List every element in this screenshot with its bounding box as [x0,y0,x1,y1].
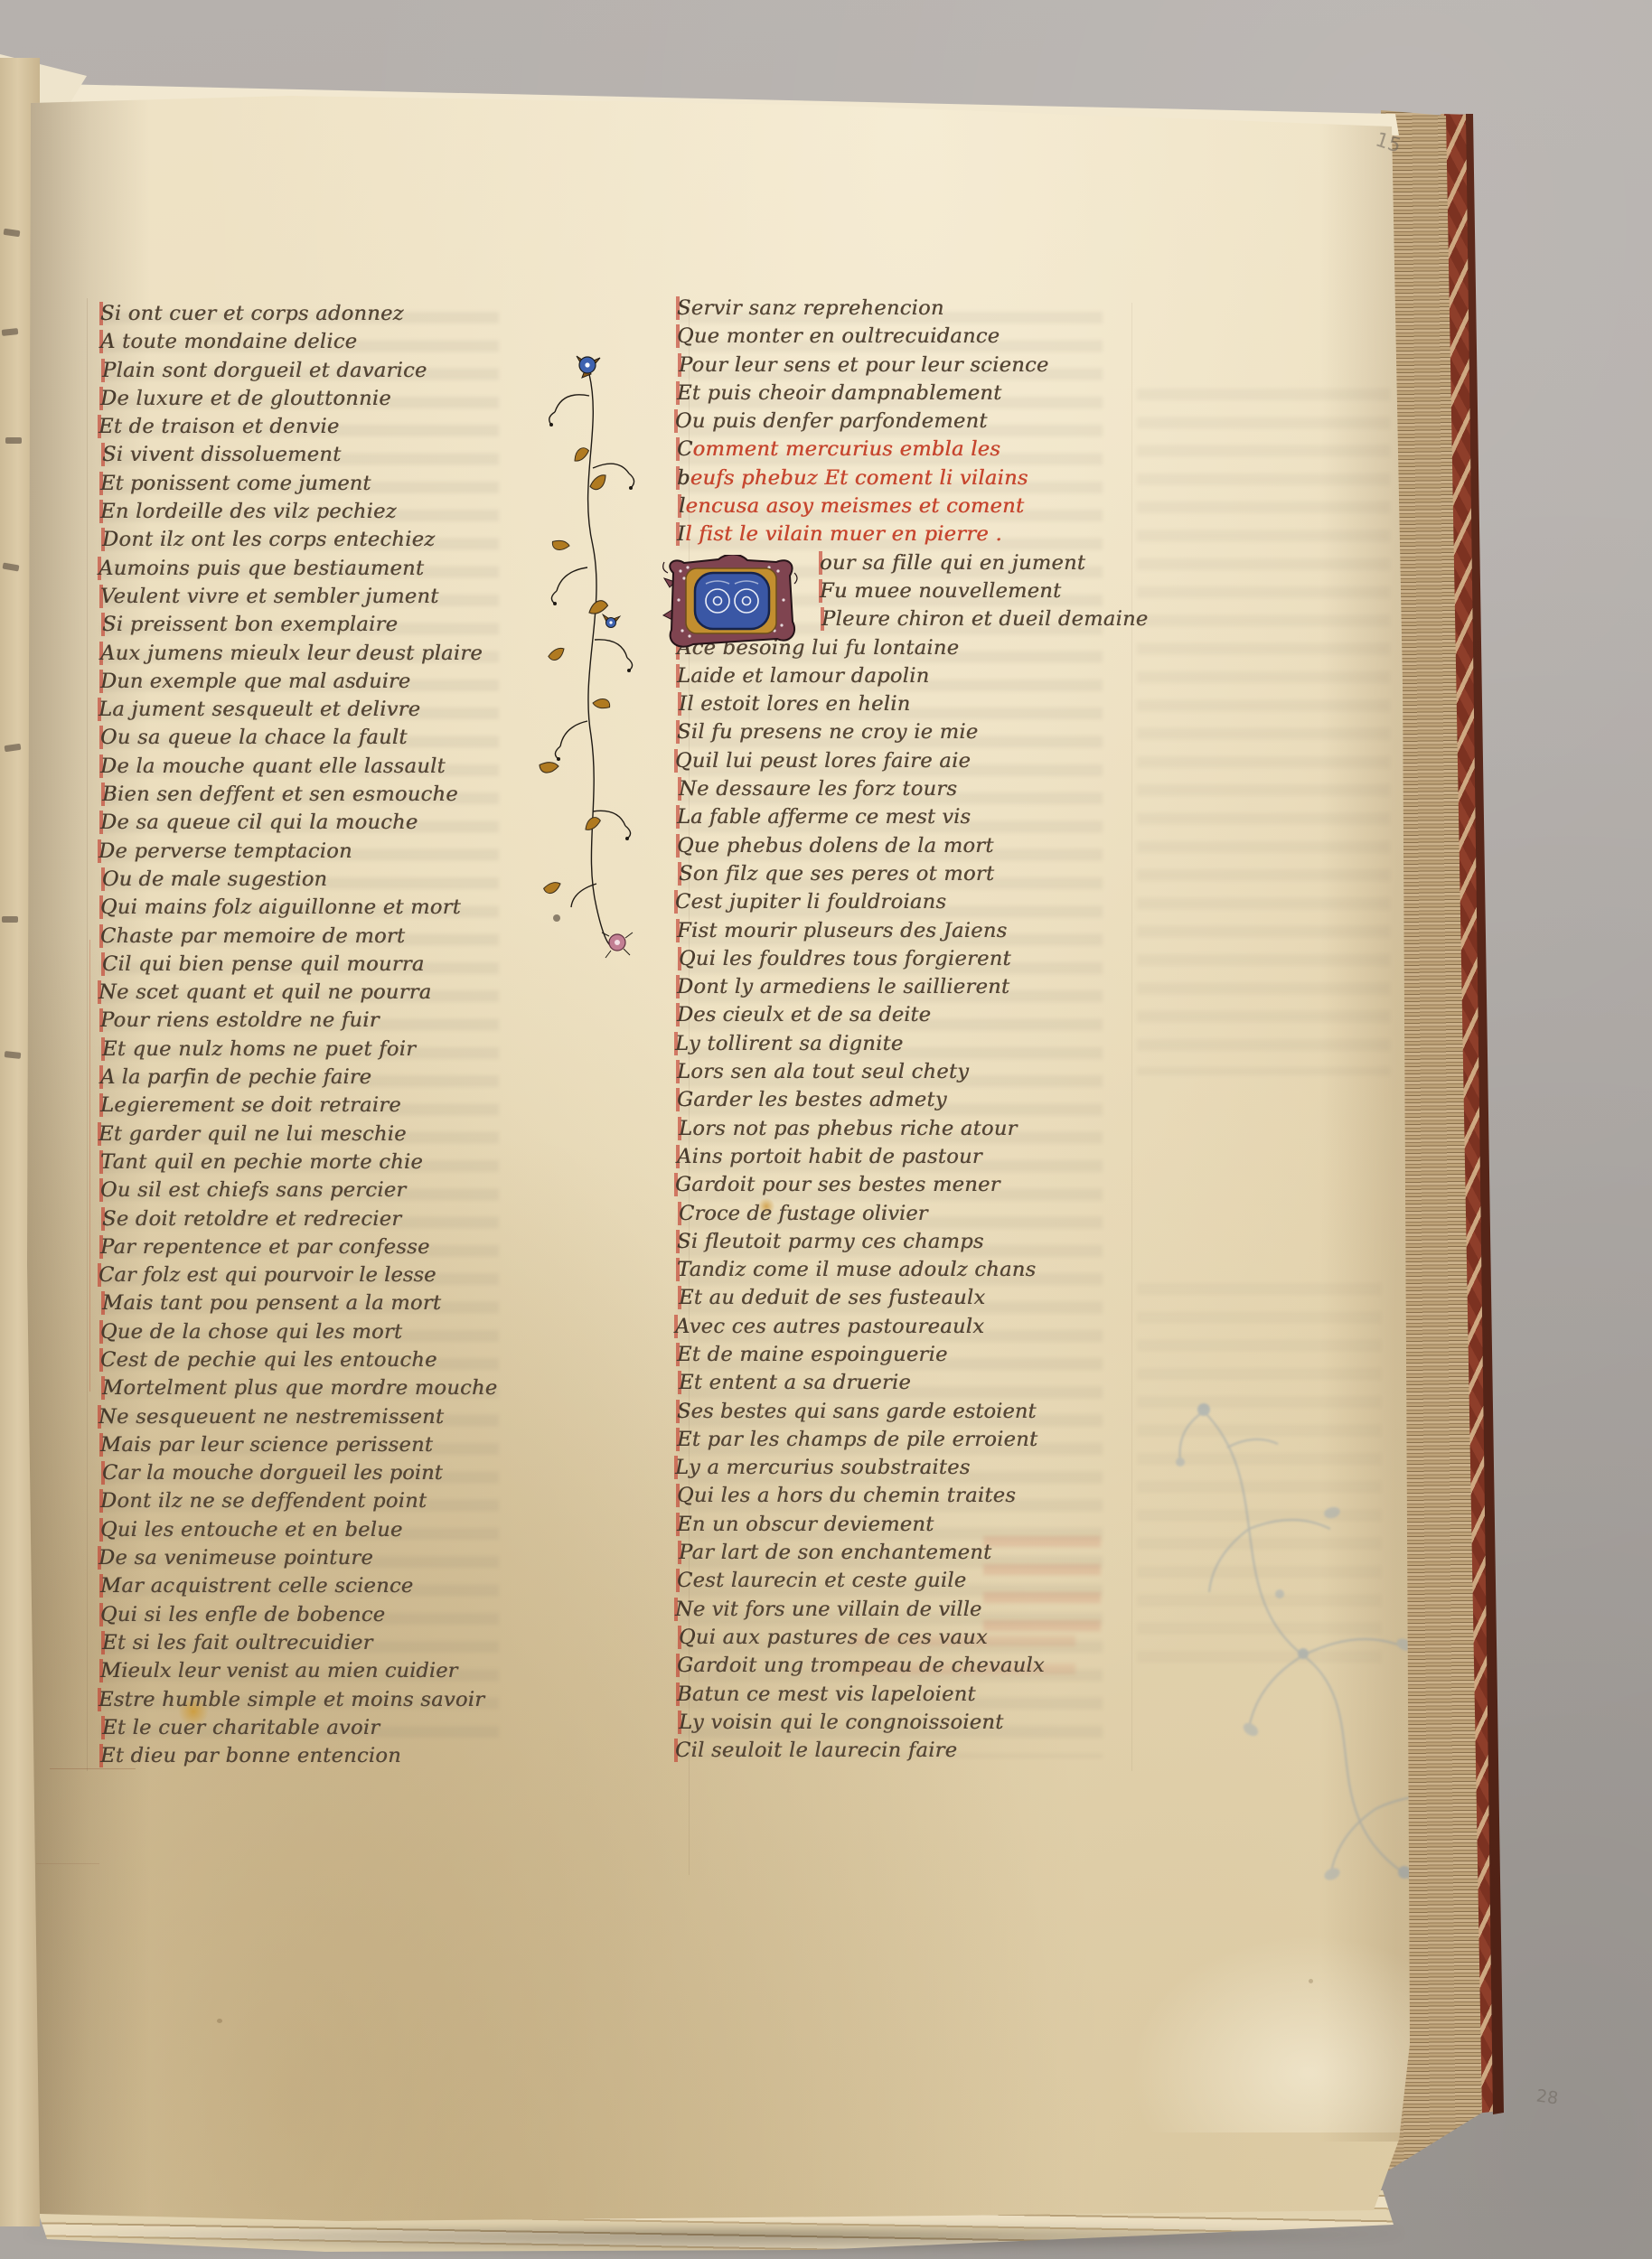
manuscript-line: Des cieulx et de sa deite [676,1001,1137,1029]
manuscript-line: Et le cuer charitable avoir [101,1714,526,1742]
rubric: Comment mercurius embla lesbeufs phebuz … [676,436,1137,548]
manuscript-line: our sa fille qui en jument [819,549,1137,577]
manuscript-line: Legierement se doit retraire [99,1092,524,1120]
manuscript-line: Qui les fouldres tous forgierent [678,945,1139,973]
manuscript-line: Car la mouche dorgueil les point [101,1459,526,1487]
facing-page-ink-mark [2,328,19,336]
manuscript-line: Et ponissent come jument [99,470,524,498]
manuscript-line: Quil lui peust lores faire aie [674,747,1135,775]
manuscript-line: Dont ly armediens le saillierent [676,973,1137,1001]
manuscript-line: Tandiz come il muse adoulz chans [676,1256,1137,1284]
facing-page-ink-mark [5,1051,22,1059]
facing-page-ink-mark [3,562,20,571]
manuscript-line: Cest de pechie qui les entouche [99,1346,524,1374]
book-drop-shadow [27,2230,1401,2254]
manuscript-line: A toute mondaine delice [99,328,524,356]
folio-number-bottom: 28 [1535,2086,1560,2108]
facing-page-ink-mark [4,229,21,237]
manuscript-line: Ly a mercurius soubstraites [674,1454,1135,1482]
manuscript-line: Il estoit lores en helin [678,690,1139,718]
manuscript-line: Ou puis denfer parfondement [674,408,1135,436]
manuscript-line: Et garder quil ne lui meschie [98,1120,522,1148]
manuscript-line: Et puis cheoir dampnablement [676,380,1137,408]
manuscript-line: Qui mains folz aiguillonne et mort [99,894,524,922]
manuscript-line: Qui les entouche et en belue [99,1516,524,1544]
manuscript-line: Que phebus dolens de la mort [676,832,1137,860]
manuscript-line: Mais par leur science perissent [99,1431,524,1459]
manuscript-line: Bien sen deffent et sen esmouche [101,781,526,809]
manuscript-line: Gardoit pour ses bestes mener [674,1171,1135,1199]
manuscript-line: Ne vit fors une villain de ville [674,1596,1135,1624]
manuscript-line: beufs phebuz Et coment li vilains [676,464,1137,492]
vine-stem [549,374,634,947]
manuscript-line: Si preissent bon exemplaire [101,611,526,639]
manuscript-line: Ou sil est chiefs sans percier [99,1176,524,1204]
manuscript-line: Chaste par memoire de mort [99,923,524,951]
manuscript-line: Pour riens estoldre ne fuir [99,1007,524,1035]
manuscript-line: Sil fu presens ne croy ie mie [676,718,1137,746]
pink-rosette-bottom [602,933,633,958]
right-column-body-lines: Ace besoing lui fu lontaineLaide et lamo… [676,634,1137,1766]
manuscript-line: Dun exemple que mal asduire [99,668,524,696]
manuscript-line: Cest jupiter li fouldroians [674,888,1135,916]
ruling-line-red [89,940,90,1392]
right-text-column: Servir sanz reprehencionQue monter en ou… [676,295,1137,1765]
manuscript-line: Mortelment plus que mordre mouche [101,1374,526,1402]
facing-page-ink-mark [5,437,22,444]
blue-flower-mid [603,614,620,628]
manuscript-line: Gardoit ung trompeau de chevaulx [676,1652,1137,1680]
manuscript-line: En lordeille des vilz pechiez [99,498,524,526]
manuscript-line: Pleure chiron et dueil demaine [821,605,1139,633]
manuscript-line: lencusa asoy meismes et coment [678,492,1139,520]
manuscript-line: De sa venimeuse pointure [98,1544,522,1572]
manuscript-line: Avec ces autres pastoureaulx [674,1313,1135,1341]
manuscript-line: Et au deduit de ses fusteaulx [678,1284,1139,1312]
manuscript-line: De luxure et de glouttonnie [99,385,524,413]
manuscript-line: Lors sen ala tout seul chety [676,1058,1137,1086]
manuscript-line: Tant quil en pechie morte chie [99,1148,524,1176]
manuscript-line: Aux jumens mieulx leur deust plaire [99,640,524,668]
illuminated-initial-P [661,555,798,651]
manuscript-line: La fable afferme ce mest vis [676,803,1137,831]
manuscript-line: Et dieu par bonne entencion [99,1742,524,1770]
manuscript-line: Batun ce mest vis lapeloient [676,1681,1137,1709]
manuscript-line: Qui aux pastures de ces vaux [678,1624,1139,1652]
manuscript-line: Et que nulz homs ne puet foir [101,1036,526,1064]
manuscript-line: Servir sanz reprehencion [676,295,1137,323]
gold-trefoil-leaves [539,445,612,895]
manuscript-line: Et si les fait oultrecuidier [101,1629,526,1657]
speck [217,2019,222,2023]
manuscript-line: Pour leur sens et pour leur science [678,352,1139,380]
manuscript-line: Et entent a sa druerie [678,1369,1139,1397]
manuscript-line: Par repentence et par confesse [99,1233,524,1261]
manuscript-line: De la mouche quant elle lassault [99,753,524,781]
ruling-line-vertical [87,298,88,1771]
manuscript-line: Laide et lamour dapolin [676,662,1137,690]
manuscript-line: Si vivent dissoluement [101,441,526,469]
manuscript-line: A la parfin de pechie faire [99,1064,524,1092]
manuscript-line: Qui les a hors du chemin traites [676,1482,1137,1510]
showthrough-right-margin [1137,389,1390,1075]
manuscript-line: Cil qui bien pense quil mourra [101,951,526,979]
manuscript-line: Car folz est qui pourvoir le lesse [98,1261,522,1289]
manuscript-line: Et de traison et denvie [98,413,522,441]
ruling-line-horizontal [36,1863,99,1864]
manuscript-line: Garder les bestes admety [676,1086,1137,1114]
manuscript-line: Ou de male sugestion [101,866,526,894]
manuscript-line: En un obscur deviement [676,1511,1137,1539]
manuscript-line: Croce de fustage olivier [678,1200,1139,1228]
ivy-border-decoration [533,342,671,985]
manuscript-line: Mais tant pou pensent a la mort [101,1289,526,1317]
manuscript-line: De perverse temptacion [98,838,522,866]
manuscript-line: Ne scet quant et quil ne pourra [98,979,522,1007]
manuscript-line: Par lart de son enchantement [678,1539,1139,1567]
manuscript-line: Dont ilz ne se deffendent point [99,1487,524,1515]
right-column-opening-lines: Servir sanz reprehencionQue monter en ou… [676,295,1137,436]
manuscript-line: Si fleutoit parmy ces champs [676,1228,1137,1256]
manuscript-line: Fu muee nouvellement [819,577,1137,605]
manuscript-line: Et par les champs de pile erroient [676,1426,1137,1454]
manuscript-line: Ses bestes qui sans garde estoient [676,1398,1137,1426]
manuscript-line: Estre humble simple et moins savoir [98,1686,522,1714]
facing-page-ink-mark [2,916,18,923]
manuscript-line: Ne sesqueuent ne nestremissent [98,1403,522,1431]
manuscript-line: Se doit retoldre et redrecier [101,1205,526,1233]
manuscript-line: Ou sa queue la chace la fault [99,724,524,752]
manuscript-photo: Si ont cuer et corps adonnezA toute mond… [0,0,1652,2259]
manuscript-line: Qui si les enfle de bobence [99,1601,524,1629]
manuscript-line: Que monter en oultrecuidance [676,323,1137,351]
manuscript-line: Ne dessaure les forz tours [678,775,1139,803]
manuscript-line: La jument sesqueult et delivre [98,696,522,724]
manuscript-line: Veulent vivre et sembler jument [99,583,524,611]
manuscript-line: Mieulx leur venist au mien cuidier [99,1657,524,1685]
manuscript-line: Cil seuloit le laurecin faire [674,1737,1135,1765]
manuscript-line: Aumoins puis que bestiaument [98,555,522,583]
facing-page-ink-mark [5,744,22,752]
manuscript-line: Comment mercurius embla les [676,436,1137,464]
manuscript-line: De sa queue cil qui la mouche [99,809,524,837]
manuscript-line: Mar acquistrent celle science [99,1572,524,1600]
manuscript-line: Si ont cuer et corps adonnez [99,300,524,328]
manuscript-line: Plain sont dorgueil et davarice [101,357,526,385]
manuscript-line: Il fist le vilain muer en pierre . [676,520,1137,548]
left-text-column: Si ont cuer et corps adonnezA toute mond… [99,300,524,1770]
manuscript-line: Ly voisin qui le congnoissoient [678,1709,1139,1737]
manuscript-line: Son filz que ses peres ot mort [678,860,1139,888]
manuscript-line: Que de la chose qui les mort [99,1318,524,1346]
manuscript-line: Et de maine espoinguerie [676,1341,1137,1369]
manuscript-line: Fist mourir pluseurs des Jaiens [676,917,1137,945]
blue-flower-top [577,356,600,378]
manuscript-line: Lors not pas phebus riche atour [678,1115,1139,1143]
manuscript-line: Ly tollirent sa dignite [674,1030,1135,1058]
manuscript-line: Cest laurecin et ceste guile [676,1567,1137,1595]
manuscript-line: Ains portoit habit de pastour [676,1143,1137,1171]
manuscript-line: Dont ilz ont les corps entechiez [101,526,526,554]
